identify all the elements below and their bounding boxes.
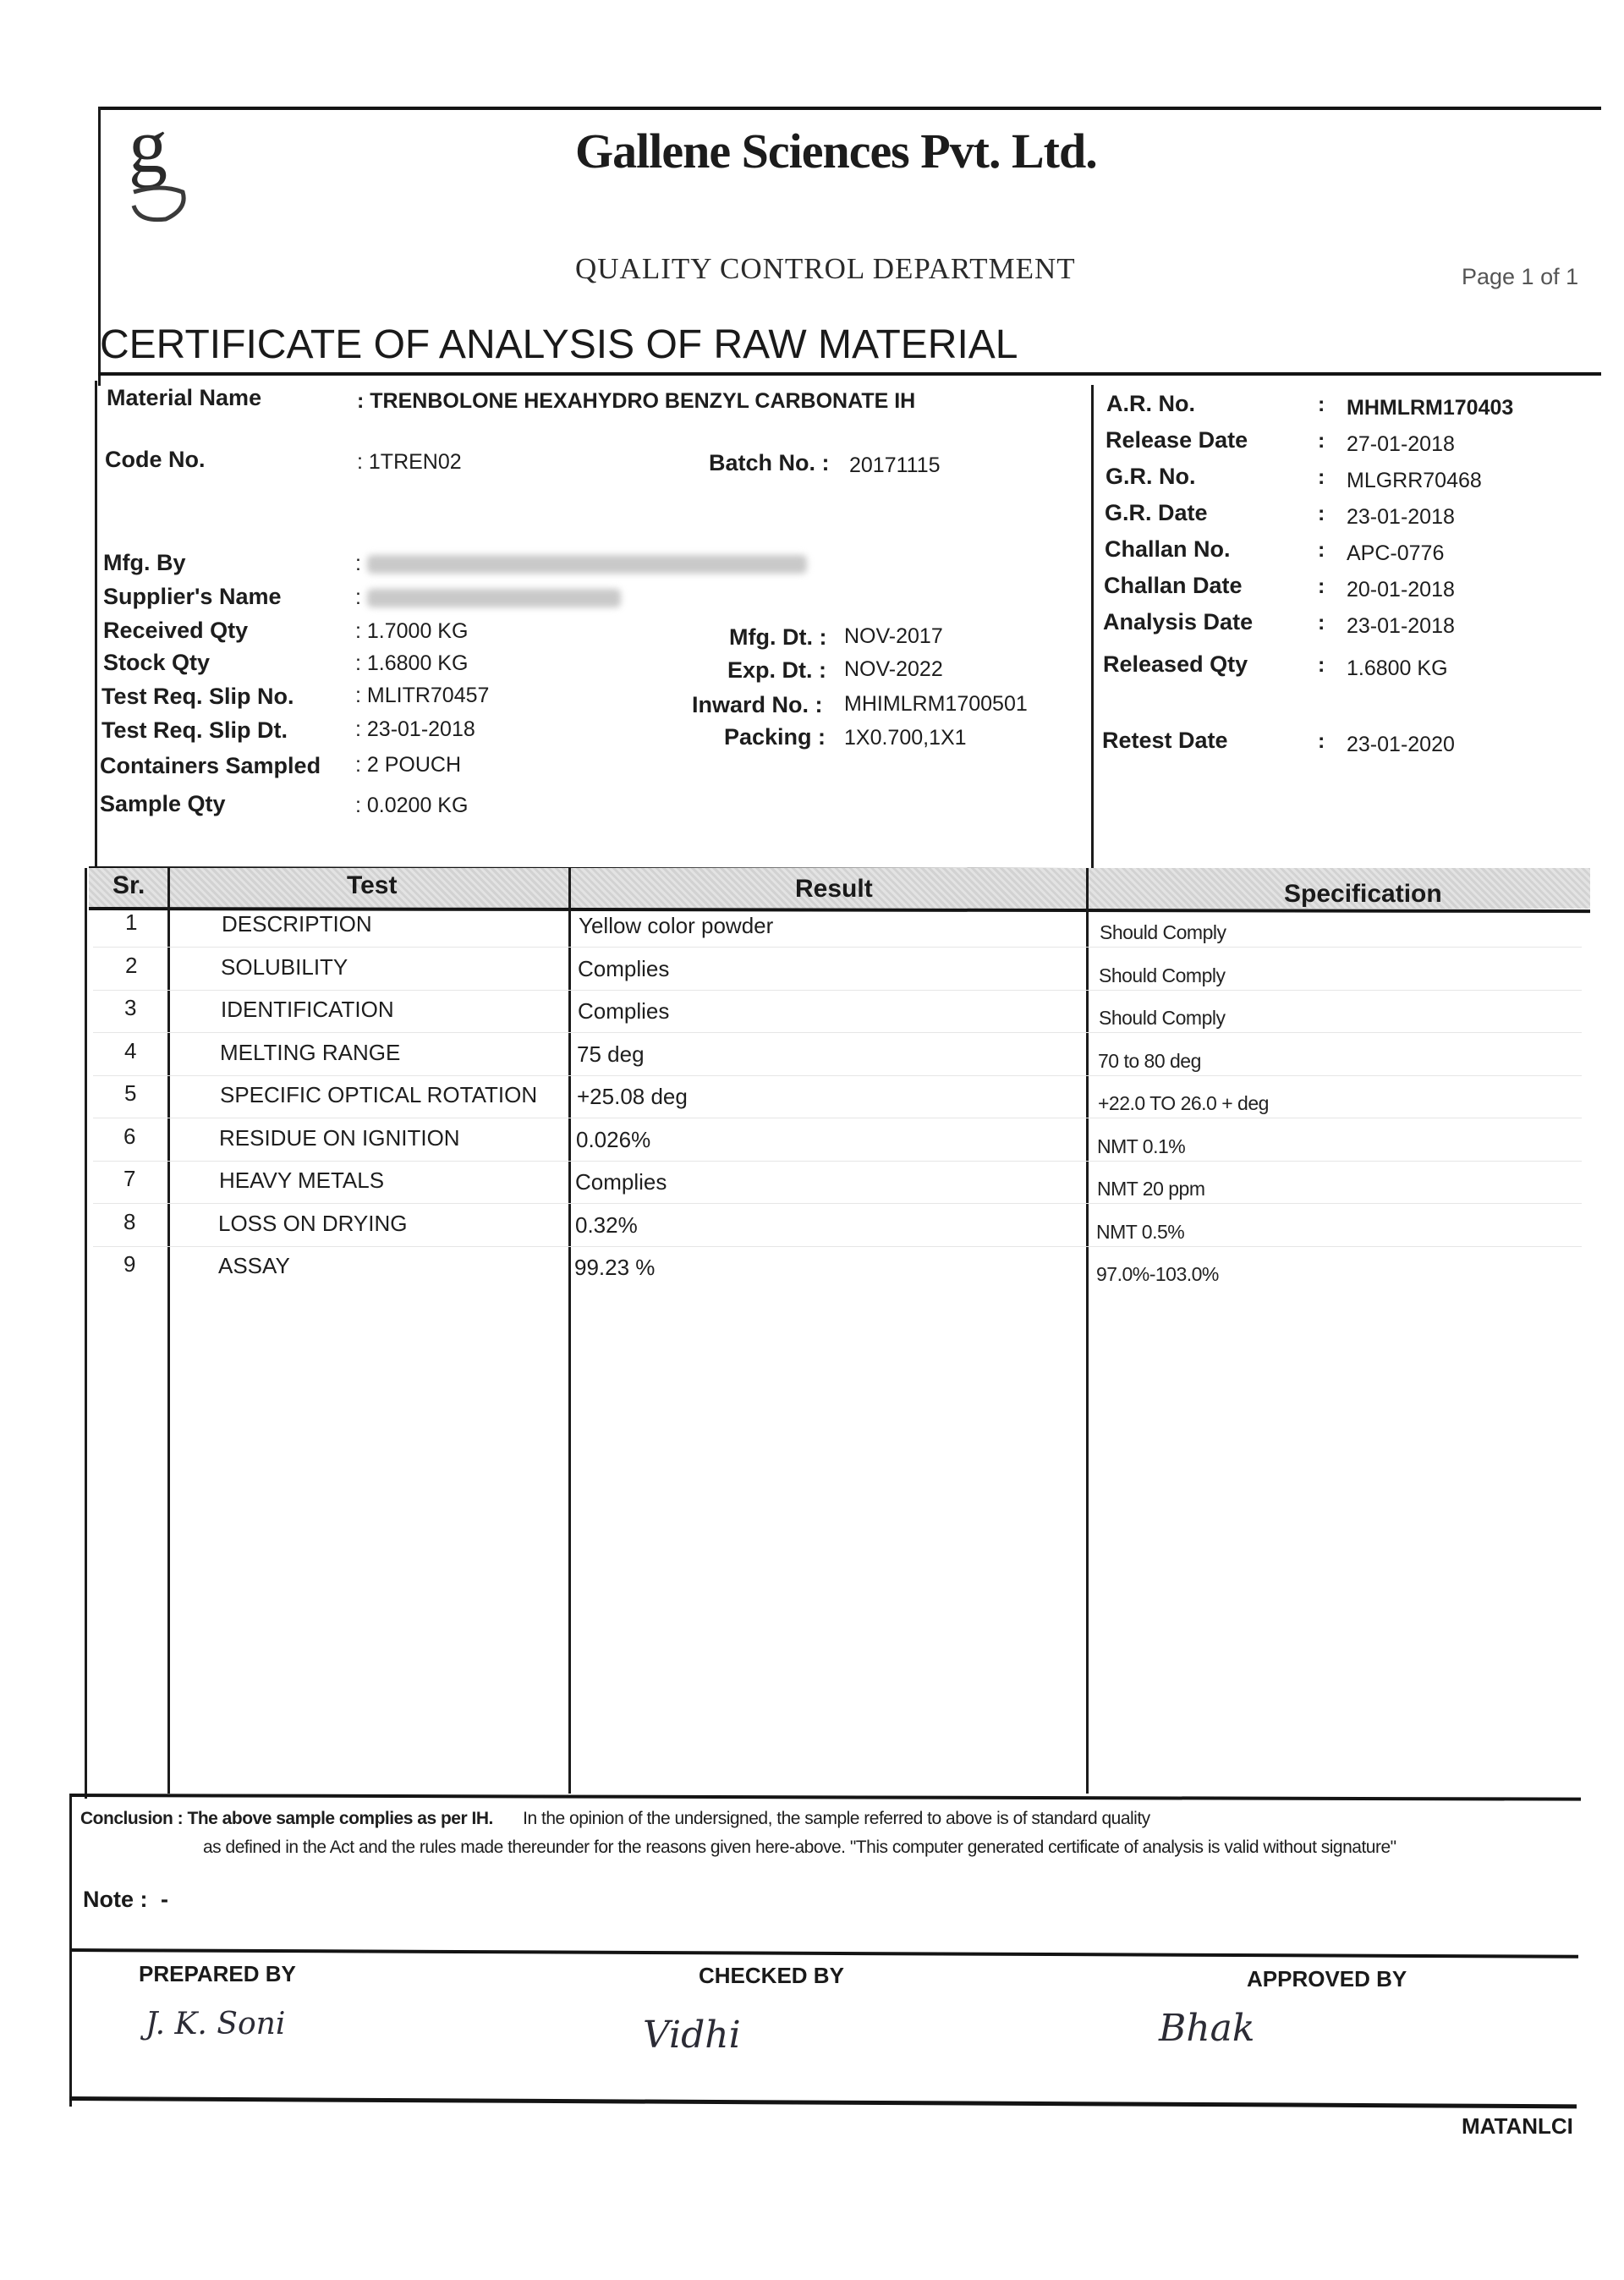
title-underline xyxy=(98,372,1601,376)
stock-qty-label: Stock Qty xyxy=(103,650,210,676)
row-result: Complies xyxy=(575,1169,667,1195)
row-result: 0.32% xyxy=(575,1212,638,1239)
release-info-divider xyxy=(1091,385,1094,871)
stock-qty-value: : 1.6800 KG xyxy=(355,651,468,676)
mfg-dt-label: Mfg. Dt. : xyxy=(729,624,826,651)
release-info-label: Release Date xyxy=(1106,427,1248,453)
table-col-divider-result xyxy=(1086,868,1089,1794)
conclusion-line-2: as defined in the Act and the rules made… xyxy=(203,1838,1396,1858)
checked-by-signature: Vidhi xyxy=(643,2014,741,2057)
row-specification: Should Comply xyxy=(1100,921,1226,944)
table-col-divider-sr xyxy=(167,868,170,1794)
company-name: Gallene Sciences Pvt. Ltd. xyxy=(575,123,1097,179)
supplier-name-value: : xyxy=(355,585,621,610)
row-test: SOLUBILITY xyxy=(221,954,348,981)
inward-no-value: MHIMLRM1700501 xyxy=(844,692,1028,717)
row-test: SPECIFIC OPTICAL ROTATION xyxy=(220,1082,537,1108)
test-req-slip-dt-value: : 23-01-2018 xyxy=(355,717,475,742)
row-sr: 9 xyxy=(123,1251,135,1277)
row-specification: +22.0 TO 26.0 + deg xyxy=(1098,1092,1269,1115)
company-logo-icon: g xyxy=(127,114,195,224)
top-border xyxy=(100,107,1601,110)
mfg-by-label: Mfg. By xyxy=(103,550,186,576)
release-info-separator: : xyxy=(1318,465,1325,490)
release-info-value: 27-01-2018 xyxy=(1347,432,1455,457)
supplier-name-label: Supplier's Name xyxy=(103,584,282,610)
release-info-value: 1.6800 KG xyxy=(1347,657,1448,681)
table-col-divider-test xyxy=(568,868,571,1794)
row-result: Yellow color powder xyxy=(579,913,773,939)
department-name: QUALITY CONTROL DEPARTMENT xyxy=(575,252,1076,286)
material-name-label: Material Name xyxy=(107,385,261,411)
row-sr: 5 xyxy=(124,1080,136,1107)
row-result: Complies xyxy=(578,998,669,1025)
document-title: CERTIFICATE OF ANALYSIS OF RAW MATERIAL xyxy=(100,321,1018,368)
release-info-separator: : xyxy=(1318,611,1325,635)
row-test: DESCRIPTION xyxy=(222,911,372,937)
table-header-specification: Specification xyxy=(1284,880,1442,909)
release-info-value: 20-01-2018 xyxy=(1347,578,1455,602)
release-info-separator: : xyxy=(1318,502,1325,526)
received-qty-label: Received Qty xyxy=(103,618,248,644)
row-sr: 7 xyxy=(123,1166,135,1192)
received-qty-value: : 1.7000 KG xyxy=(355,619,468,644)
conclusion-statement: The above sample complies as per IH. xyxy=(188,1809,493,1828)
signature-bottom-rule xyxy=(69,2096,1577,2108)
mfg-dt-value: NOV-2017 xyxy=(844,624,943,649)
row-divider xyxy=(93,1075,1582,1076)
row-test: RESIDUE ON IGNITION xyxy=(219,1125,460,1151)
test-req-slip-no-label: Test Req. Slip No. xyxy=(101,684,294,710)
logo-letter: g xyxy=(129,114,167,189)
release-info-separator: : xyxy=(1318,574,1325,599)
note-label: Note : xyxy=(83,1887,148,1912)
release-info-label: G.R. No. xyxy=(1106,464,1196,490)
release-info-separator: : xyxy=(1318,653,1325,678)
left-border-table xyxy=(85,868,87,1799)
test-req-slip-dt-label: Test Req. Slip Dt. xyxy=(101,717,288,744)
row-divider xyxy=(93,1203,1582,1204)
release-info-separator: : xyxy=(1318,538,1325,563)
row-sr: 6 xyxy=(123,1124,135,1150)
release-info-label: Challan No. xyxy=(1105,536,1231,563)
note: Note : - xyxy=(83,1887,168,1913)
containers-sampled-value: : 2 POUCH xyxy=(355,753,461,777)
row-sr: 2 xyxy=(125,953,137,979)
test-req-slip-no-value: : MLITR70457 xyxy=(355,684,489,708)
table-header-result: Result xyxy=(795,875,873,904)
row-sr: 4 xyxy=(124,1038,136,1064)
release-info-value: 23-01-2020 xyxy=(1347,733,1455,757)
row-test: HEAVY METALS xyxy=(219,1167,384,1194)
release-info-value: APC-0776 xyxy=(1347,541,1444,566)
row-divider xyxy=(93,1246,1582,1247)
table-header-sr: Sr. xyxy=(112,871,145,900)
row-result: 0.026% xyxy=(576,1127,650,1153)
row-sr: 1 xyxy=(125,909,137,936)
row-sr: 8 xyxy=(123,1209,135,1235)
redacted-supplier xyxy=(367,589,621,607)
row-result: +25.08 deg xyxy=(577,1084,688,1110)
release-info-label: G.R. Date xyxy=(1105,500,1208,526)
row-result: 75 deg xyxy=(577,1041,645,1068)
code-no-label: Code No. xyxy=(105,447,206,473)
row-divider xyxy=(93,1118,1582,1118)
conclusion-opinion: In the opinion of the undersigned, the s… xyxy=(523,1809,1150,1828)
row-test: ASSAY xyxy=(218,1253,290,1279)
release-info-separator: : xyxy=(1318,729,1325,754)
packing-label: Packing : xyxy=(724,724,826,750)
material-name-value: : TRENBOLONE HEXAHYDRO BENZYL CARBONATE … xyxy=(357,389,915,414)
batch-no-label: Batch No. : xyxy=(709,450,830,476)
approved-by-label: APPROVED BY xyxy=(1247,1966,1407,1992)
row-specification: NMT 0.5% xyxy=(1096,1221,1184,1244)
release-info-separator: : xyxy=(1318,429,1325,453)
table-bottom-rule xyxy=(71,1794,1581,1801)
exp-dt-value: NOV-2022 xyxy=(844,657,943,682)
row-divider xyxy=(93,947,1582,948)
row-divider xyxy=(93,990,1582,991)
row-test: LOSS ON DRYING xyxy=(218,1211,407,1237)
release-info-value: MHMLRM170403 xyxy=(1347,396,1513,420)
release-info-label: Retest Date xyxy=(1102,728,1228,754)
conclusion-line-1: Conclusion : The above sample complies a… xyxy=(80,1809,1150,1829)
note-value: - xyxy=(161,1887,168,1912)
row-test: MELTING RANGE xyxy=(220,1040,400,1066)
row-specification: 97.0%-103.0% xyxy=(1096,1263,1219,1286)
redacted-manufacturer xyxy=(367,555,807,574)
row-specification: NMT 0.1% xyxy=(1097,1135,1185,1158)
sample-qty-value: : 0.0200 KG xyxy=(355,794,468,818)
footer-form-code: MATANLCI xyxy=(1462,2113,1573,2140)
row-specification: 70 to 80 deg xyxy=(1098,1050,1201,1073)
release-info-label: A.R. No. xyxy=(1106,391,1195,417)
table-header-test: Test xyxy=(347,871,397,900)
row-test: IDENTIFICATION xyxy=(221,997,394,1023)
row-divider xyxy=(93,1032,1582,1033)
left-border-body xyxy=(95,381,97,871)
checked-by-label: CHECKED BY xyxy=(699,1963,844,1989)
release-info-label: Challan Date xyxy=(1104,573,1243,599)
row-specification: NMT 20 ppm xyxy=(1097,1178,1205,1200)
batch-no-value: 20171115 xyxy=(849,453,941,478)
release-info-value: MLGRR70468 xyxy=(1347,469,1482,493)
containers-sampled-label: Containers Sampled xyxy=(100,753,321,779)
approved-by-signature: Bhak xyxy=(1159,2007,1255,2050)
row-specification: Should Comply xyxy=(1099,1007,1225,1030)
row-specification: Should Comply xyxy=(1099,964,1225,987)
release-info-value: 23-01-2018 xyxy=(1347,505,1455,530)
packing-value: 1X0.700,1X1 xyxy=(844,726,967,750)
row-result: Complies xyxy=(578,956,669,982)
code-no-value: : 1TREN02 xyxy=(357,450,462,475)
prepared-by-signature: J. K. Soni xyxy=(145,2007,285,2041)
prepared-by-label: PREPARED BY xyxy=(139,1961,296,1987)
sample-qty-label: Sample Qty xyxy=(100,791,226,817)
row-result: 99.23 % xyxy=(574,1255,655,1281)
mfg-by-value: : xyxy=(355,552,807,576)
row-divider xyxy=(93,1161,1582,1162)
release-info-label: Released Qty xyxy=(1103,651,1248,678)
inward-no-label: Inward No. : xyxy=(692,692,823,718)
conclusion-label: Conclusion : xyxy=(80,1809,183,1828)
page-indicator: Page 1 of 1 xyxy=(1462,264,1578,290)
release-info-label: Analysis Date xyxy=(1103,609,1253,635)
release-info-separator: : xyxy=(1318,393,1325,417)
signature-top-rule xyxy=(71,1948,1578,1959)
release-info-value: 23-01-2018 xyxy=(1347,614,1455,639)
exp-dt-label: Exp. Dt. : xyxy=(727,657,826,684)
row-sr: 3 xyxy=(124,995,136,1021)
